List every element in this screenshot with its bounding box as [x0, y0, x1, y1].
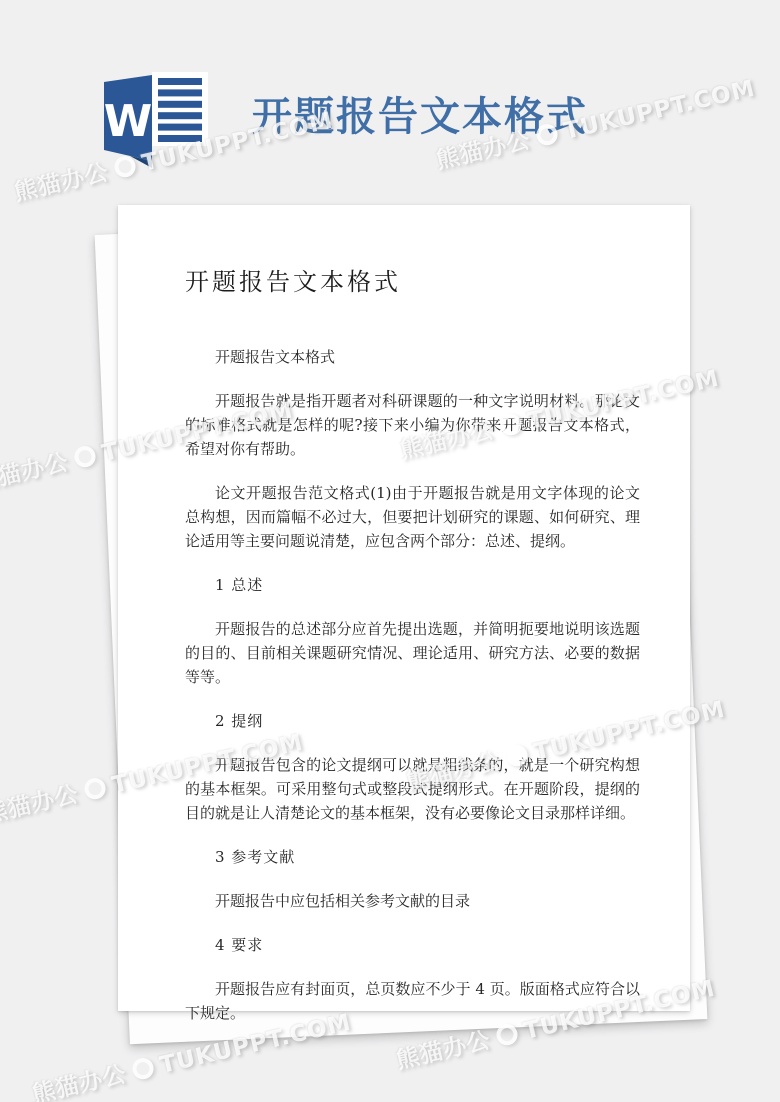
watermark-brand: 熊猫办公: [0, 449, 71, 496]
doc-heading-1: 1 总述: [185, 573, 640, 597]
document-page: 开题报告文本格式 开题报告文本格式 开题报告就是指开题者对科研课题的一种文字说明…: [118, 205, 690, 1011]
doc-heading-4: 4 要求: [185, 933, 640, 957]
watermark-brand: 熊猫办公: [0, 781, 81, 828]
word-icon: W: [100, 70, 212, 170]
watermark-site: TUKUPPT.COM: [561, 76, 757, 145]
word-logo-svg: W: [100, 70, 212, 170]
watermark-brand: 熊猫办公: [30, 1061, 129, 1102]
doc-subtitle: 开题报告文本格式: [185, 345, 640, 369]
doc-heading-3: 3 参考文献: [185, 845, 640, 869]
watermark-brand: 熊猫办公: [12, 159, 111, 206]
watermark-brand: 熊猫办公: [394, 1027, 493, 1074]
doc-heading-2: 2 提纲: [185, 709, 640, 733]
doc-title: 开题报告文本格式: [185, 267, 640, 297]
panda-logo-icon: [82, 776, 107, 801]
panda-logo-icon: [72, 444, 97, 469]
doc-paragraph-5: 开题报告中应包括相关参考文献的目录: [185, 889, 640, 913]
doc-paragraph-1: 开题报告就是指开题者对科研课题的一种文字说明材料。那论文的标准格式就是怎样的呢?…: [185, 389, 640, 461]
doc-paragraph-2: 论文开题报告范文格式(1)由于开题报告就是用文字体现的论文总构想，因而篇幅不必过…: [185, 481, 640, 553]
preview-title-link[interactable]: 开题报告文本格式: [252, 92, 588, 142]
document-body: 开题报告文本格式 开题报告文本格式 开题报告就是指开题者对科研课题的一种文字说明…: [118, 205, 690, 1025]
word-icon-letter: W: [104, 96, 153, 147]
panda-logo-icon: [130, 1056, 155, 1081]
document-preview: W 开题报告文本格式 开题报告文本格式 开题报告文本格式 开题报告就是指开题者对…: [0, 0, 780, 1102]
doc-paragraph-3: 开题报告的总述部分应首先提出选题，并简明扼要地说明该选题的目的、目前相关课题研究…: [185, 617, 640, 689]
doc-paragraph-4: 开题报告包含的论文提纲可以就是粗线条的，就是一个研究构想的基本框架。可采用整句式…: [185, 753, 640, 825]
doc-paragraph-6: 开题报告应有封面页，总页数应不少于 4 页。版面格式应符合以下规定。: [185, 977, 640, 1025]
